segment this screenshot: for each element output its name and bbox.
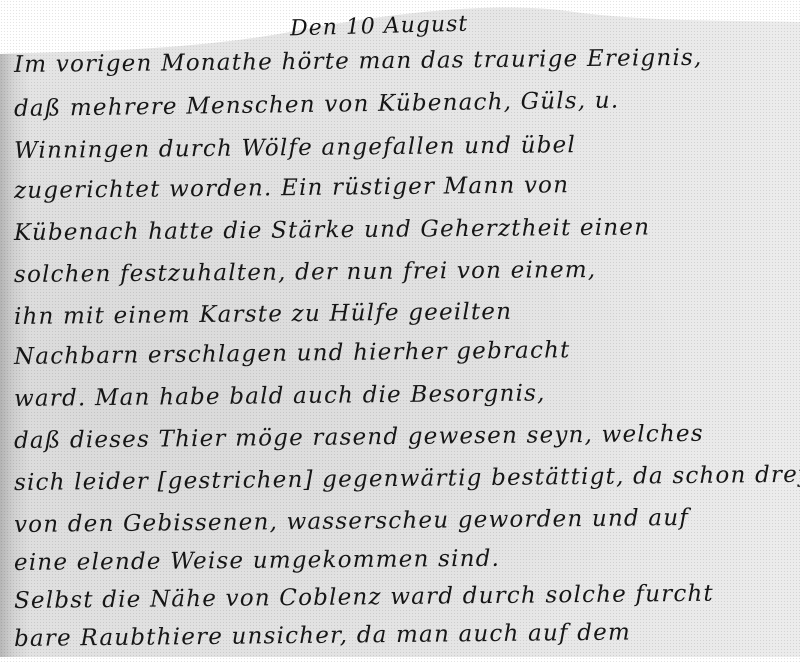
text-line-6: solchen festzuhalten, der nun frei von e… xyxy=(14,257,597,288)
text-line-12: von den Gebissenen, wasserscheu geworden… xyxy=(14,505,689,538)
text-line-13: eine elende Weise umgekommen sind. xyxy=(14,546,500,576)
text-line-4: zugerichtet worden. Ein rüstiger Mann vo… xyxy=(14,172,569,204)
text-line-1: Im vorigen Monathe hörte man das traurig… xyxy=(14,45,703,78)
text-line-11: sich leider [gestrichen] gegenwärtig bes… xyxy=(14,462,800,496)
text-line-8: Nachbarn erschlagen und hierher gebracht xyxy=(14,337,571,370)
scanned-document-page: Den 10 August Im vorigen Monathe hörte m… xyxy=(0,0,800,662)
letter-date-heading: Den 10 August xyxy=(290,12,469,42)
text-line-5: Kübenach hatte die Stärke und Geherzthei… xyxy=(14,214,650,246)
text-line-15: bare Raubthiere unsicher, da man auch au… xyxy=(14,620,631,652)
text-line-10: daß dieses Thier möge rasend gewesen sey… xyxy=(14,421,704,454)
text-line-7: ihn mit einem Karste zu Hülfe geeilten xyxy=(14,299,512,330)
text-line-3: Winningen durch Wölfe angefallen und übe… xyxy=(14,132,576,164)
text-line-14: Selbst die Nähe von Coblenz ward durch s… xyxy=(14,581,714,614)
scan-bottom-margin xyxy=(0,657,800,662)
text-line-2: daß mehrere Menschen von Kübenach, Güls,… xyxy=(14,88,620,122)
text-line-9: ward. Man habe bald auch die Besorgnis, xyxy=(14,380,546,412)
